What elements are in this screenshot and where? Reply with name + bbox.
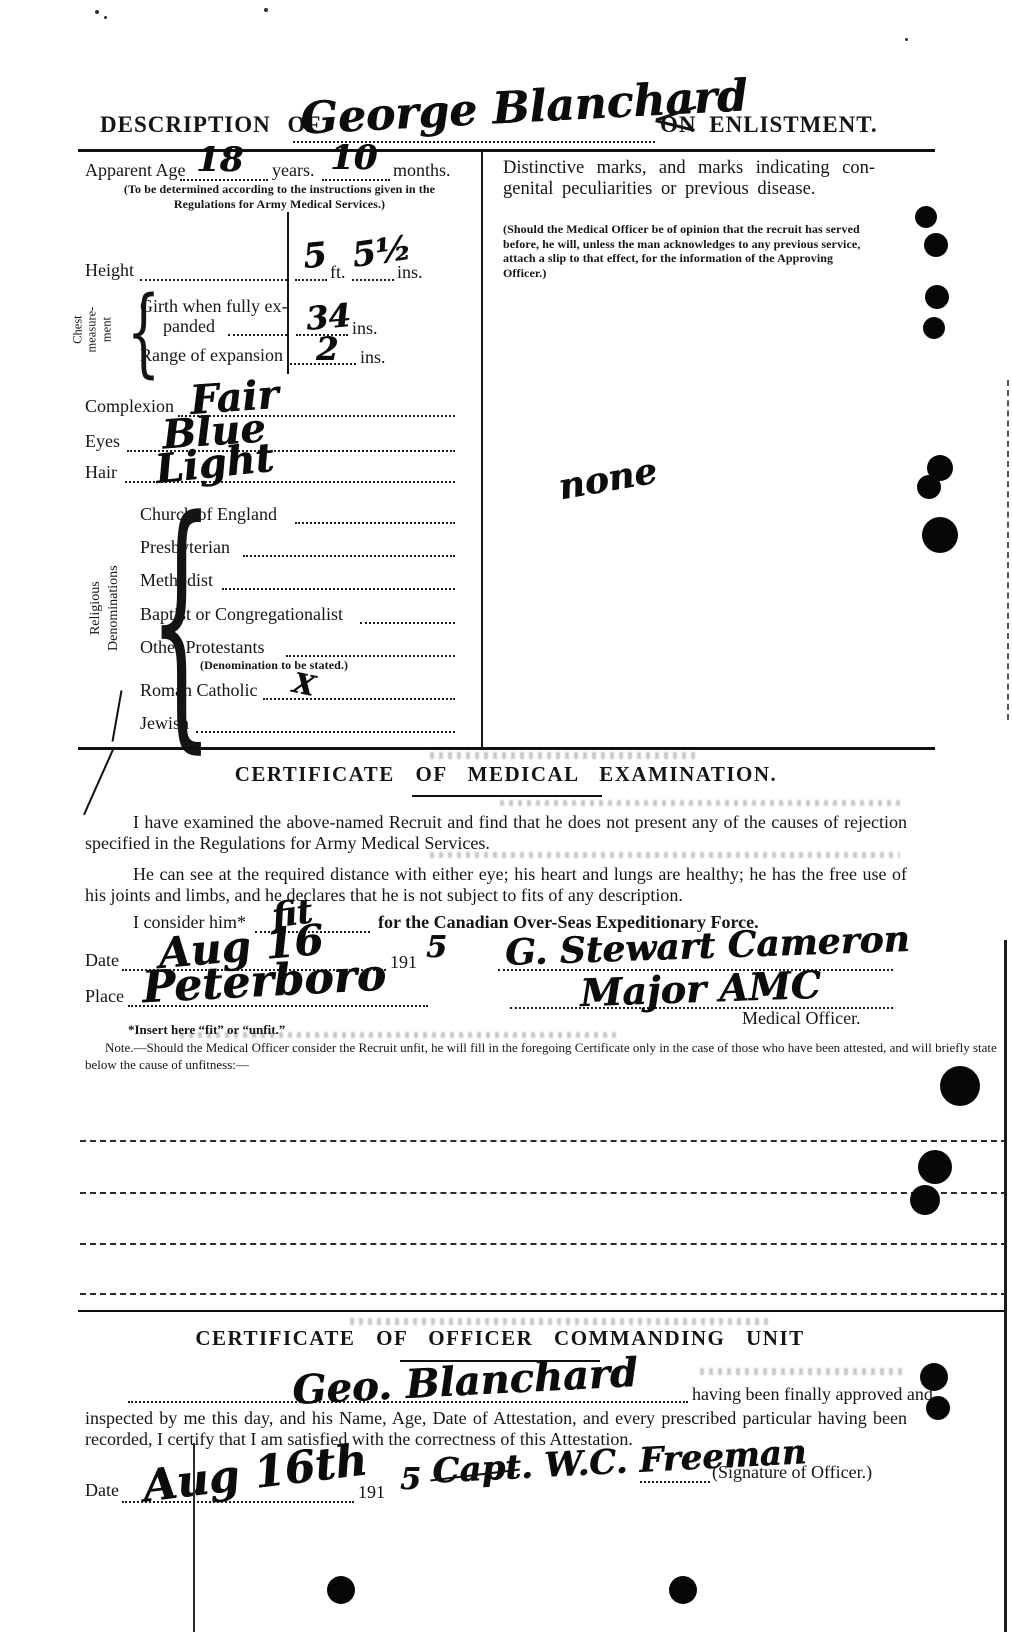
scan-speck — [264, 8, 268, 12]
religion-item-3: Baptist or Congregationalist — [140, 604, 343, 625]
scan-edge-dashes — [1007, 380, 1009, 720]
blank-line-3 — [80, 1242, 1007, 1245]
distinctive-marks-handwriting: none — [555, 450, 660, 509]
religion-line-0 — [295, 521, 455, 524]
medical-certificate-title: CERTIFICATE OF MEDICAL EXAMINATION. — [0, 762, 1012, 787]
height-ft-unit: ft. — [330, 262, 346, 283]
height-ins-unit: ins. — [397, 262, 423, 283]
religion-line-2 — [222, 587, 455, 590]
religion-item-5: Roman Catholic — [140, 680, 257, 701]
religion-side-label-1: Religious — [88, 581, 103, 635]
ghost-text-smudge — [180, 1032, 620, 1038]
height-ins-line — [352, 278, 394, 281]
height-ft-handwriting: 5 — [301, 235, 329, 277]
header-suffix: ON ENLISTMENT. — [660, 112, 878, 138]
attestation-form-page: DESCRIPTION OF George Blanchard ON ENLIS… — [0, 0, 1012, 1632]
scan-speck — [104, 16, 107, 19]
religion-item-6: Jewish — [140, 713, 189, 734]
religion-line-3 — [360, 621, 455, 624]
section-rule — [78, 747, 935, 750]
religion-other-note: (Denomination to be stated.) — [200, 658, 348, 673]
religion-item-4: Other Protestants — [140, 637, 264, 658]
girth-label-1: Girth when fully ex- — [140, 296, 287, 317]
religion-line-4 — [286, 654, 455, 657]
ink-blot — [917, 475, 941, 499]
age-months-line — [322, 178, 390, 181]
signature-of-officer-label: (Signature of Officer.) — [712, 1462, 872, 1483]
age-years-unit: years. — [272, 160, 314, 181]
girth-line — [228, 333, 287, 336]
girth-label-2: panded — [163, 316, 215, 337]
distinctive-marks-text: Distinctive marks, and marks indicating … — [503, 158, 875, 201]
unfit-note: Note.—Should the Medical Officer conside… — [85, 1040, 1007, 1074]
blank-line-4 — [80, 1292, 1007, 1295]
ink-blot — [918, 1150, 952, 1184]
age-months-unit: months. — [393, 160, 451, 181]
approved-text: having been finally approved and — [692, 1384, 933, 1405]
religion-line-6 — [196, 730, 455, 733]
ink-blot — [669, 1576, 697, 1604]
ghost-text-smudge — [350, 1318, 770, 1325]
range-handwriting: 2 — [316, 330, 338, 368]
hair-label: Hair — [85, 462, 117, 483]
commanding-year-handwriting: 5 — [400, 1462, 421, 1497]
chest-side-label: Chest measure- ment — [70, 300, 113, 360]
commanding-signature-line — [640, 1480, 710, 1483]
chest-side-label-3: ment — [99, 317, 113, 342]
chest-side-label-2: measure- — [85, 307, 99, 353]
medical-para-1: I have examined the above-named Recruit … — [85, 812, 907, 853]
medical-year-printed: 191 — [390, 952, 417, 973]
medical-place-label: Place — [85, 986, 124, 1007]
medical-date-label: Date — [85, 950, 119, 971]
medical-year-handwriting: 5 — [426, 930, 447, 965]
eyes-label: Eyes — [85, 431, 120, 452]
range-label: Range of expansion — [140, 345, 283, 366]
previous-service-note: (Should the Medical Officer be of opinio… — [503, 222, 875, 281]
ghost-text-smudge — [430, 752, 700, 759]
chest-side-label-1: Chest — [70, 315, 84, 343]
ink-blot — [923, 317, 945, 339]
fold-line — [193, 1443, 195, 1632]
commanding-certificate-title: CERTIFICATE OF OFFICER COMMANDING UNIT — [0, 1326, 1000, 1351]
ink-blot — [327, 1576, 355, 1604]
religion-item-0: Church of England — [140, 504, 277, 525]
commanding-name-handwriting: Geo. Blanchard — [291, 1349, 639, 1414]
header-prefix: DESCRIPTION OF — [100, 112, 321, 138]
range-unit: ins. — [360, 347, 386, 368]
medical-para-2: He can see at the required distance with… — [85, 864, 907, 905]
ink-blot — [940, 1066, 980, 1106]
scan-edge-line — [1004, 940, 1007, 1632]
height-ft-line — [295, 278, 327, 281]
commanding-date-label: Date — [85, 1480, 119, 1501]
blank-line-2 — [80, 1191, 1007, 1194]
ink-blot — [926, 1396, 950, 1420]
ink-blot — [922, 517, 958, 553]
religion-line-1 — [243, 554, 455, 557]
stray-pen-stroke — [112, 690, 123, 742]
apparent-age-label: Apparent Age — [85, 160, 185, 181]
age-years-handwriting: 18 — [196, 140, 243, 180]
ink-blot — [924, 233, 948, 257]
ghost-text-smudge — [700, 1368, 905, 1375]
apparent-age-note: (To be determined according to the instr… — [92, 182, 467, 211]
ink-blot — [925, 285, 949, 309]
column-divider — [481, 152, 483, 748]
commanding-year-printed: 191 — [358, 1482, 385, 1503]
scan-speck — [95, 10, 99, 14]
ink-blot — [915, 206, 937, 228]
ghost-text-smudge — [500, 800, 900, 806]
age-months-handwriting: 10 — [330, 138, 377, 178]
religion-item-2: Methodist — [140, 570, 213, 591]
ink-blot — [910, 1185, 940, 1215]
blank-line-1 — [80, 1139, 1007, 1142]
medical-title-underline — [412, 795, 602, 797]
religion-side-label: Religious Denominations — [87, 543, 123, 673]
religion-item-1: Presbyterian — [140, 537, 230, 558]
girth-unit: ins. — [352, 318, 378, 339]
medical-officer-label: Medical Officer. — [742, 1008, 861, 1029]
scan-speck — [905, 38, 908, 41]
ink-blot — [920, 1363, 948, 1391]
commanding-section-rule — [78, 1310, 1007, 1312]
religion-side-label-2: Denominations — [106, 565, 121, 651]
height-line — [140, 278, 287, 281]
value-column-line — [287, 212, 289, 374]
ghost-text-smudge — [430, 852, 900, 858]
